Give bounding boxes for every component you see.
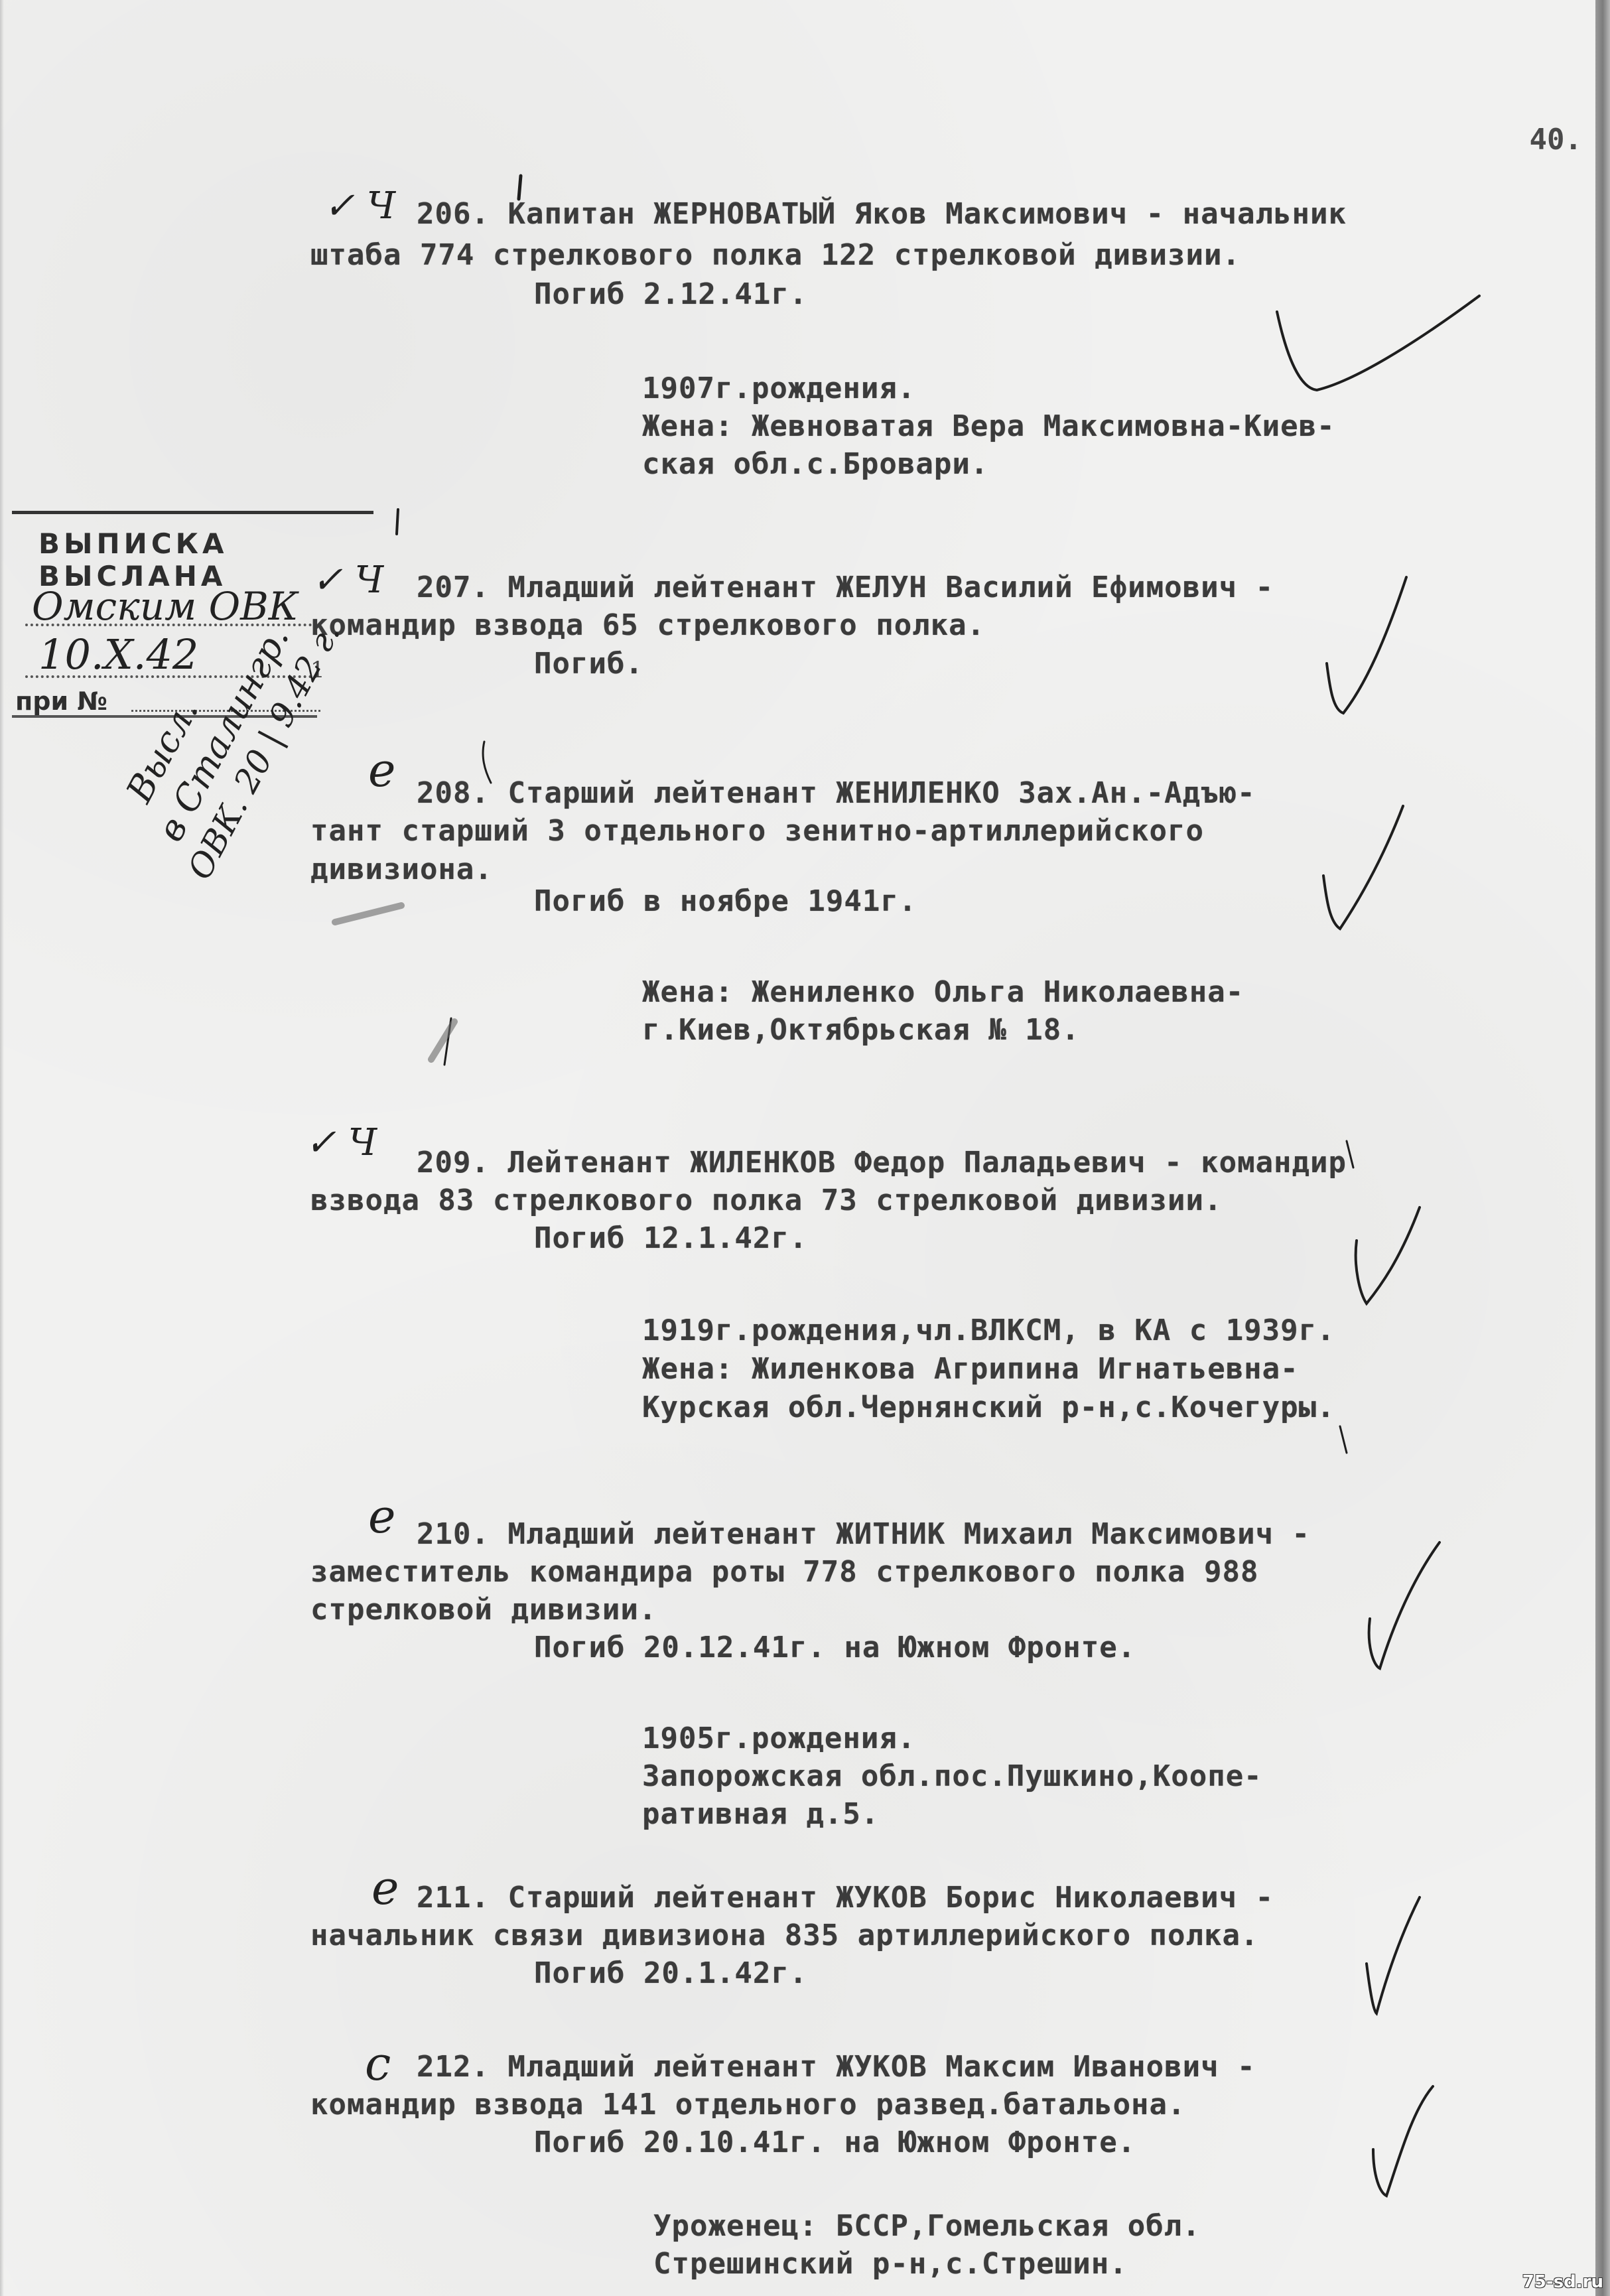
entry-208-detail-2: г.Киев,Октябрьская № 18. [642,1010,1080,1051]
entry-208-line-3: дивизиона. [310,849,493,890]
entry-209-line-1: 209. Лейтенант ЖИЛЕНКОВ Федор Паладьевич… [417,1142,1347,1183]
checkmark-icon [1327,577,1406,713]
entry-number: 211. [417,1881,490,1915]
entry-210-line-4: Погиб 20.12.41г. на Южном Фронте. [534,1627,1136,1668]
entry-210-line-2: заместитель командира роты 778 стрелково… [310,1552,1259,1593]
entry-209-margin-marks: ✓ Ч [305,1121,377,1164]
entry-208-line-1: 208. Старший лейтенант ЖЕНИЛЕНКО Зах.Ан.… [417,773,1256,814]
entry-number: 206. [417,197,490,231]
stray-pen-stroke [397,509,398,534]
entry-210-line-3: стрелковой дивизии. [310,1589,657,1631]
entry-210-line-1: 210. Младший лейтенант ЖИТНИК Михаил Мак… [417,1514,1310,1555]
entry-number: 208. [417,776,490,810]
entry-207-margin-marks: ✓ Ч [312,559,383,602]
stray-pen-stroke [444,1018,451,1065]
entry-212-detail-2: Стрешинский р-н,с.Стрешин. [653,2244,1128,2285]
stamp-number-label: при № [15,687,107,716]
entry-209-detail-1: 1919г.рождения,чл.ВЛКСМ, в КА с 1939г. [642,1310,1335,1351]
entry-206-line-1: 206. Капитан ЖЕРНОВАТЫЙ Яков Максимович … [417,194,1347,235]
entry-210-margin-marks: е [368,1489,395,1544]
entry-209-detail-2: Жена: Жиленкова Агрипина Игнатьевна- [642,1349,1299,1390]
entry-206-detail-2: Жена: Жевноватая Вера Максимовна-Киев- [642,406,1335,447]
entry-212-margin-marks: с [365,2037,391,2091]
entry-207-line-3: Погиб. [534,643,643,685]
checkmark-icon [1323,806,1403,929]
entry-206-detail-1: 1907г.рождения. [642,368,915,409]
entry-211-line-1: 211. Старший лейтенант ЖУКОВ Борис Никол… [417,1877,1274,1919]
checkmark-icon [1369,1542,1440,1668]
page-number: 40. [1530,123,1582,157]
entry-209-detail-3: Курская обл.Чернянский р-н,с.Кочегуры. [642,1387,1335,1428]
entry-212-line-2: командир взвода 141 отдельного развед.ба… [310,2084,1186,2126]
entry-209-line-3: Погиб 12.1.42г. [534,1218,807,1259]
entry-number: 212. [417,2050,490,2084]
entry-210-detail-2: Запорожская обл.пос.Пушкино,Коопе- [642,1756,1262,1797]
pencil-smudge [431,1022,454,1059]
entry-209-line-2: взвода 83 стрелкового полка 73 стрелково… [310,1180,1223,1221]
entry-206-line-2: штаба 774 стрелкового полка 122 стрелков… [310,235,1241,276]
entry-210-detail-3: ративная д.5. [642,1794,879,1835]
entry-208-margin-marks: е [368,743,395,797]
checkmark-icon [1356,1207,1420,1304]
stray-pen-stroke [1340,1426,1347,1453]
pencil-smudge [335,906,401,922]
entry-208-detail-1: Жена: Жениленко Ольга Николаевна- [642,972,1244,1013]
entry-211-line-2: начальник связи дивизиона 835 артиллерий… [310,1915,1259,1956]
entry-206-detail-3: ская обл.с.Бровари. [642,444,988,485]
checkmark-icon [1277,296,1479,390]
document-page: 40. 206. Капитан ЖЕРНОВАТЫЙ Яков Максимо… [0,0,1610,2296]
entry-212-line-3: Погиб 20.10.41г. на Южном Фронте. [534,2122,1136,2163]
checkmark-icon [1373,2086,1433,2196]
entry-number: 207. [417,571,490,604]
entry-208-line-4: Погиб в ноябре 1941г. [534,881,917,922]
site-watermark: 75-sd.ru [1522,2272,1603,2292]
stamp-date-handwritten: 10.X.42 [38,630,198,679]
scan-edge-right [1595,0,1610,2296]
entry-number: 210. [417,1517,490,1551]
entry-207-line-1: 207. Младший лейтенант ЖЕЛУН Василий Ефи… [417,567,1274,608]
stamp-rule-top [12,511,373,514]
entry-212-detail-1: Уроженец: БССР,Гомельская обл. [653,2206,1201,2247]
entry-212-line-1: 212. Младший лейтенант ЖУКОВ Максим Иван… [417,2047,1256,2088]
entry-211-line-3: Погиб 20.1.42г. [534,1953,807,1994]
stray-pen-stroke [1347,1141,1353,1168]
checkmark-icon [1367,1897,1420,2013]
entry-210-detail-1: 1905г.рождения. [642,1718,915,1759]
entry-208-line-2: тант старший 3 отдельного зенитно-артилл… [310,811,1204,852]
entry-206-line-3: Погиб 2.12.41г. [534,274,807,315]
entry-number: 209. [417,1146,490,1180]
entry-206-margin-marks: ✓ Ч [324,184,395,228]
scan-edge-left [0,0,4,2296]
entry-207-line-2: командир взвода 65 стрелкового полка. [310,605,985,646]
entry-211-margin-marks: е [371,1861,399,1915]
